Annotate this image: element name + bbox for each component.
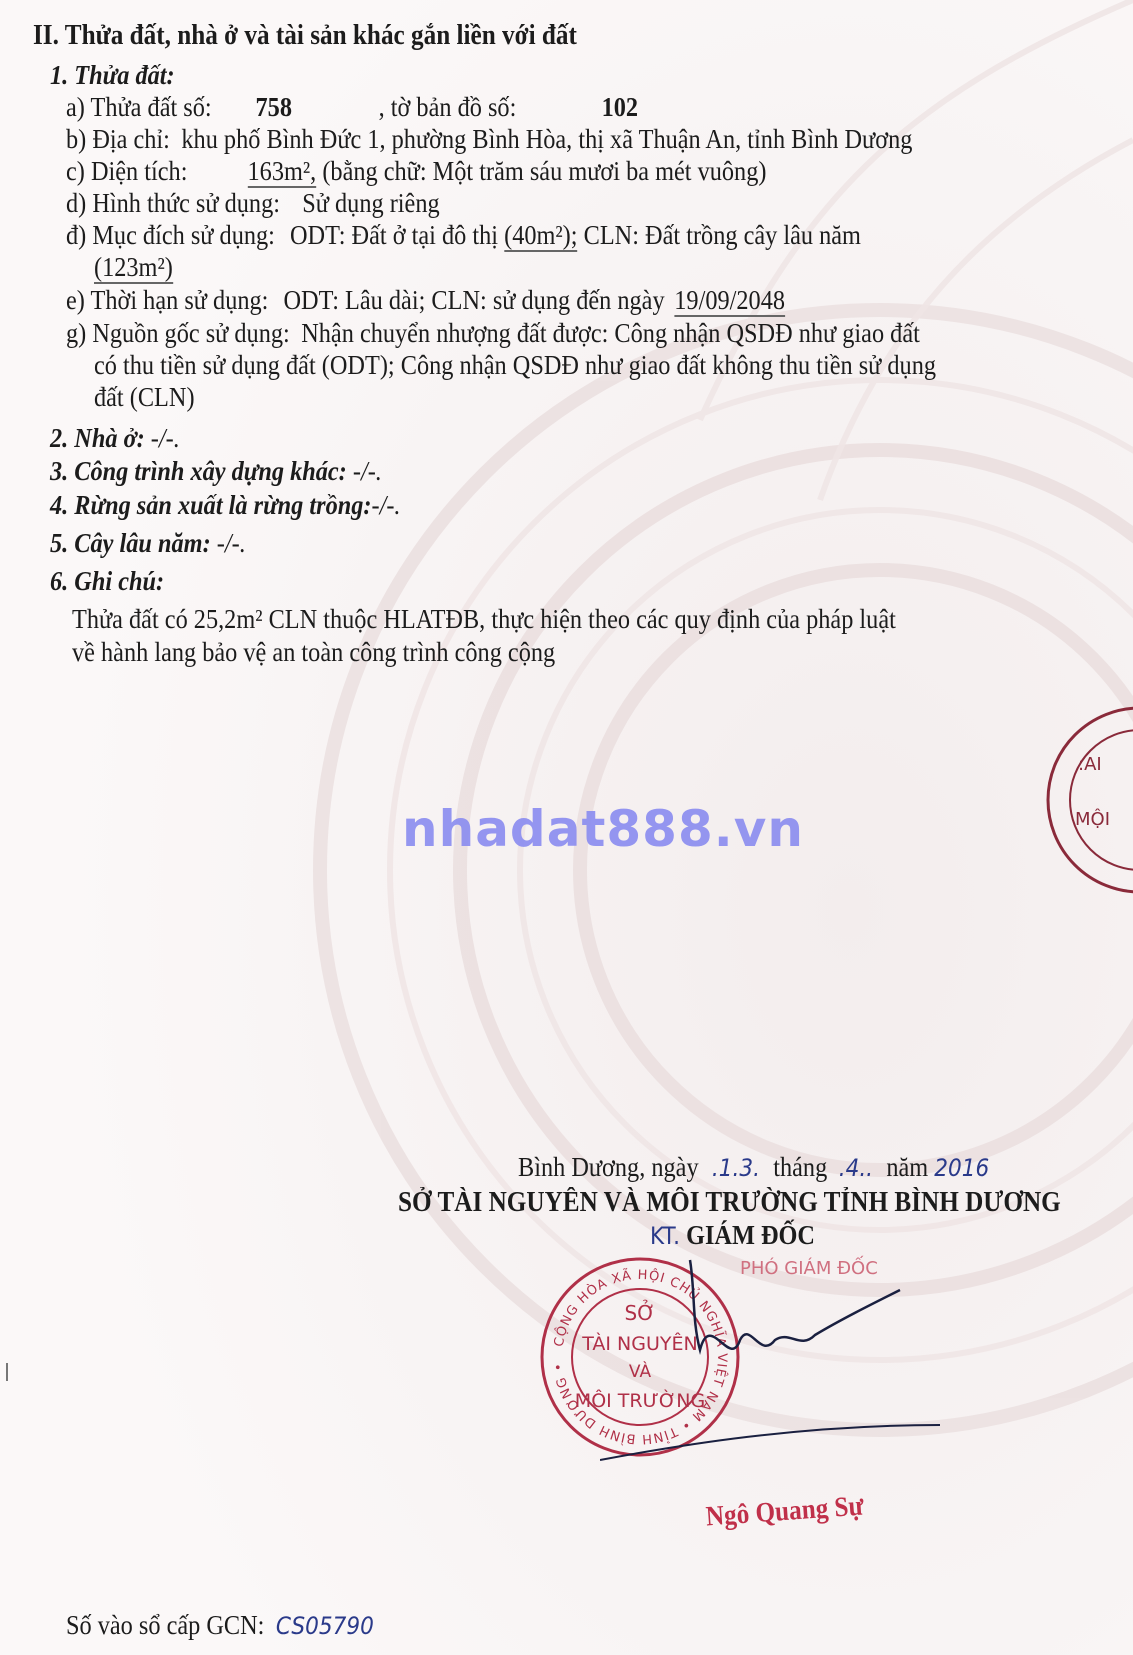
address-label: b) Địa chỉ: (66, 124, 170, 154)
parcel-row: a) Thửa đất số: 758 , tờ bản đồ số: 102 (66, 92, 638, 123)
date-year: 2016 (934, 1154, 989, 1182)
section-title: II. Thửa đất, nhà ở và tài sản khác gắn … (33, 20, 577, 52)
parcel-label: a) Thửa đất số: (66, 92, 212, 122)
place-prefix: Bình Dương, ngày (518, 1152, 699, 1182)
usage-form-value: Sử dụng riêng (302, 188, 439, 218)
origin-line-2: có thu tiền sử dụng đất (ODT); Công nhận… (94, 350, 936, 381)
item-house: 2. Nhà ở: -/-. (50, 423, 180, 454)
purpose-cln: CLN: Đất trồng cây lâu năm (584, 220, 861, 250)
origin-row: g) Nguồn gốc sử dụng: Nhận chuyển nhượng… (66, 318, 920, 349)
area-label: c) Diện tích: (66, 156, 187, 186)
address-value: khu phố Bình Đức 1, phường Bình Hòa, thị… (181, 124, 912, 154)
term-label: e) Thời hạn sử dụng: (66, 285, 268, 315)
parcel-number: 758 (256, 92, 373, 123)
registry-value: CS05790 (276, 1612, 374, 1640)
purpose-cln-area: (123m²) (94, 252, 173, 284)
area-words: (bằng chữ: Một trăm sáu mươi ba mét vuôn… (322, 156, 766, 186)
signing-date: Bình Dương, ngày .1.3. tháng .4.. năm 20… (518, 1152, 989, 1183)
term-row: e) Thời hạn sử dụng: ODT: Lâu dài; CLN: … (66, 285, 785, 316)
date-day: .1.3. (712, 1154, 760, 1182)
land-heading: 1. Thửa đất: (50, 60, 175, 91)
svg-text:MỘI: MỘI (1075, 808, 1110, 830)
agency-name: SỞ TÀI NGUYÊN VÀ MÔI TRƯỜNG TỈNH BÌNH DƯ… (398, 1187, 1061, 1219)
purpose-odt-area: (40m²); (504, 220, 577, 252)
purpose-odt: ODT: Đất ở tại đô thị (290, 220, 498, 250)
director-title: GIÁM ĐỐC (686, 1220, 815, 1250)
notes-line-1: Thửa đất có 25,2m² CLN thuộc HLATĐB, thự… (72, 604, 896, 635)
area-value: 163m², (248, 156, 317, 188)
signature-strokes (600, 1250, 940, 1480)
purpose-label: đ) Mục đích sử dụng: (66, 220, 275, 250)
month-label: tháng (773, 1152, 827, 1182)
purpose-cln-area-row: (123m²) (94, 252, 173, 283)
registry-row: Số vào sổ cấp GCN: CS05790 (66, 1610, 374, 1641)
origin-line-1: Nhận chuyển nhượng đất được: Công nhận Q… (301, 318, 920, 348)
area-row: c) Diện tích: 163m², (bằng chữ: Một trăm… (66, 156, 766, 187)
notes-line-2: về hành lang bảo vệ an toàn công trình c… (72, 637, 555, 668)
map-number: 102 (602, 92, 638, 122)
origin-label: g) Nguồn gốc sử dụng: (66, 318, 290, 348)
notes-heading: 6. Ghi chú: (50, 566, 164, 597)
term-date: 19/09/2048 (674, 285, 785, 317)
title-row: KT. GIÁM ĐỐC (650, 1220, 815, 1251)
signer-name: Ngô Quang Sự (705, 1491, 865, 1534)
usage-form-label: d) Hình thức sử dụng: (66, 188, 280, 218)
term-value: ODT: Lâu dài; CLN: sử dụng đến ngày (283, 285, 664, 315)
edge-mark (6, 1363, 8, 1381)
item-other-construction: 3. Công trình xây dựng khác: -/-. (50, 456, 382, 487)
partial-seal-right: :AI MỘI (1040, 700, 1133, 900)
svg-text::AI: :AI (1078, 754, 1102, 775)
purpose-row: đ) Mục đích sử dụng: ODT: Đất ở tại đô t… (66, 220, 861, 251)
map-label: , tờ bản đồ số: (379, 92, 517, 122)
watermark-logo: nhadat888.vn (402, 800, 804, 858)
address-row: b) Địa chỉ: khu phố Bình Đức 1, phường B… (66, 124, 912, 155)
registry-label: Số vào sổ cấp GCN: (66, 1610, 264, 1640)
item-forest: 4. Rừng sản xuất là rừng trồng:-/-. (50, 490, 401, 521)
usage-form-row: d) Hình thức sử dụng: Sử dụng riêng (66, 188, 440, 219)
kt-mark: KT. (650, 1222, 680, 1250)
origin-line-3: đất (CLN) (94, 382, 195, 413)
year-label: năm (886, 1152, 928, 1182)
item-perennial-trees: 5. Cây lâu năm: -/-. (50, 528, 246, 559)
date-month: .4.. (839, 1154, 873, 1182)
